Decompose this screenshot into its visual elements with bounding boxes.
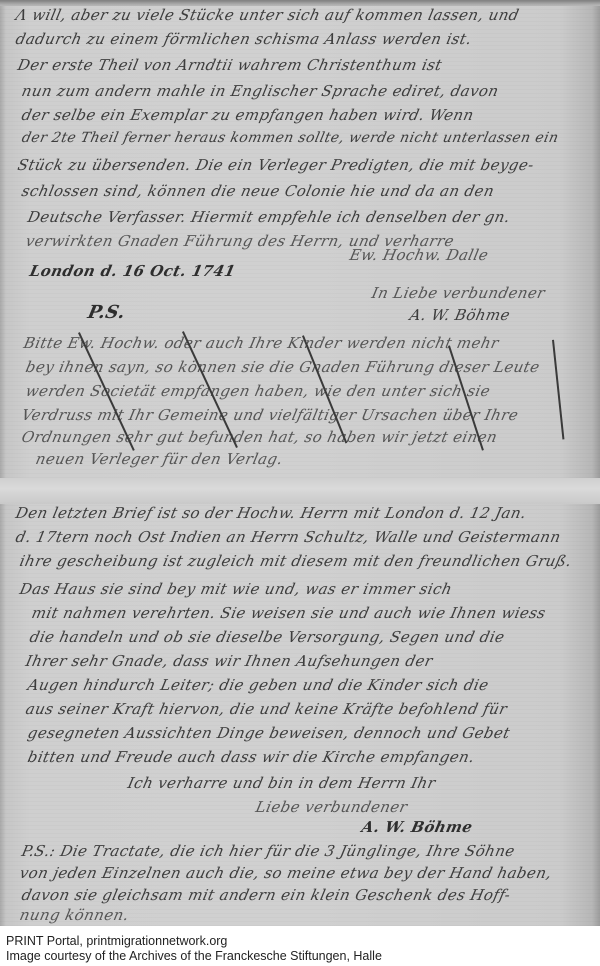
text-line: ihre gescheibung ist zugleich mit diesem… [18,552,573,570]
text-line: Den letzten Brief ist so der Hochw. Herr… [14,504,528,522]
struck-text-line: bey ihnen sayn, so können sie die Gnaden… [24,358,541,376]
text-line: nun zum andern mahle in Englischer Sprac… [20,82,500,100]
text-line: der 2te Theil ferner heraus kommen sollt… [20,130,560,146]
struck-text-line: Verdruss mit Ihr Gemeine und vielfältige… [20,406,520,424]
closing-line: Liebe verbundener [254,798,409,816]
text-line: Λ will, aber zu viele Stücke unter sich … [14,6,521,24]
text-line: Augen hindurch Leiter; die geben und die… [26,676,490,694]
text-line: die handeln und ob sie dieselbe Versorgu… [28,628,506,646]
text-line: schlossen sind, können die neue Colonie … [20,182,496,200]
manuscript-scan: Λ will, aber zu viele Stücke unter sich … [0,0,600,926]
postscript-line: P.S.: Die Tractate, die ich hier für die… [20,842,517,860]
text-line: bitten und Freude auch dass wir die Kirc… [26,748,476,766]
struck-text-line: Ordnungen sehr gut befunden hat, so habe… [20,428,499,446]
text-line: Ihrer sehr Gnade, dass wir Ihnen Aufsehu… [24,652,434,670]
closing-line: Ew. Hochw. Dalle [348,246,490,264]
text-line: Das Haus sie sind bey mit wie und, was e… [18,580,454,598]
text-line: der selbe ein Exemplar zu empfangen habe… [20,106,476,124]
text-line: gesegneten Aussichten Dinge beweisen, de… [26,724,512,742]
text-line: Deutsche Verfasser. Hiermit empfehle ich… [26,208,512,226]
postscript-line: davon sie gleichsam mit andern ein klein… [20,886,512,904]
text-line: mit nahmen verehrten. Sie weisen sie und… [30,604,547,622]
struck-text-line: Bitte Ew. Hochw. oder auch Ihre Kinder w… [22,334,500,352]
text-line: Stück zu übersenden. Die ein Verleger Pr… [16,156,536,174]
place-date: London d. 16 Oct. 1741 [28,262,237,280]
ps-heading: P.S. [86,302,128,323]
closing-line: Ich verharre und bin in dem Herrn Ihr [126,774,437,792]
closing-line: In Liebe verbundener [370,284,547,302]
struck-text-line: werden Societät empfangen haben, wie den… [24,382,492,400]
image-caption: PRINT Portal, printmigrationnetwork.org … [6,934,382,964]
postscript-line: nung können. [18,906,131,924]
signature: A. W. Böhme [408,306,512,324]
text-line: Der erste Theil von Arndtii wahrem Chris… [16,56,444,74]
text-line: d. 17tern noch Ost Indien an Herrn Schul… [14,528,562,546]
caption-credit: Image courtesy of the Archives of the Fr… [6,949,382,964]
caption-source: PRINT Portal, printmigrationnetwork.org [6,934,382,949]
text-line: aus seiner Kraft hiervon, die und keine … [24,700,509,718]
struck-text-line: neuen Verleger für den Verlag. [34,450,285,468]
paper-fold [0,478,600,504]
postscript-line: von jeden Einzelnen auch die, so meine e… [18,864,553,882]
signature: A. W. Böhme [360,818,474,836]
text-line: dadurch zu einem förmlichen schisma Anla… [14,30,473,48]
